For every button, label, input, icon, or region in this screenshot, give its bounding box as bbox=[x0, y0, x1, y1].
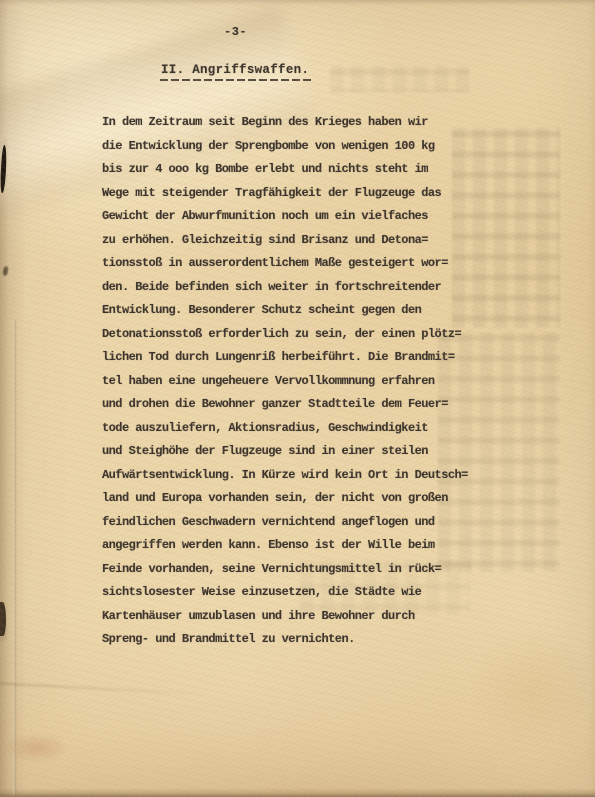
page-bottom-edge-shadow bbox=[0, 793, 595, 797]
body-paragraph: In dem Zeitraum seit Beginn des Krieges … bbox=[102, 111, 502, 652]
ink-smudge bbox=[2, 266, 9, 277]
bottom-wrinkle-crease bbox=[0, 683, 210, 696]
corner-stain bbox=[4, 733, 68, 763]
bleed-through-ghost-text bbox=[330, 66, 470, 92]
section-heading: II. Angriffswaffen. bbox=[161, 63, 309, 77]
binding-tear-mark bbox=[0, 602, 6, 636]
vertical-fold-crease bbox=[13, 320, 16, 797]
page-number: -3- bbox=[224, 25, 247, 39]
binding-tear-mark bbox=[0, 145, 7, 193]
paper-page: -3- II. Angriffswaffen. In dem Zeitraum … bbox=[0, 0, 595, 797]
